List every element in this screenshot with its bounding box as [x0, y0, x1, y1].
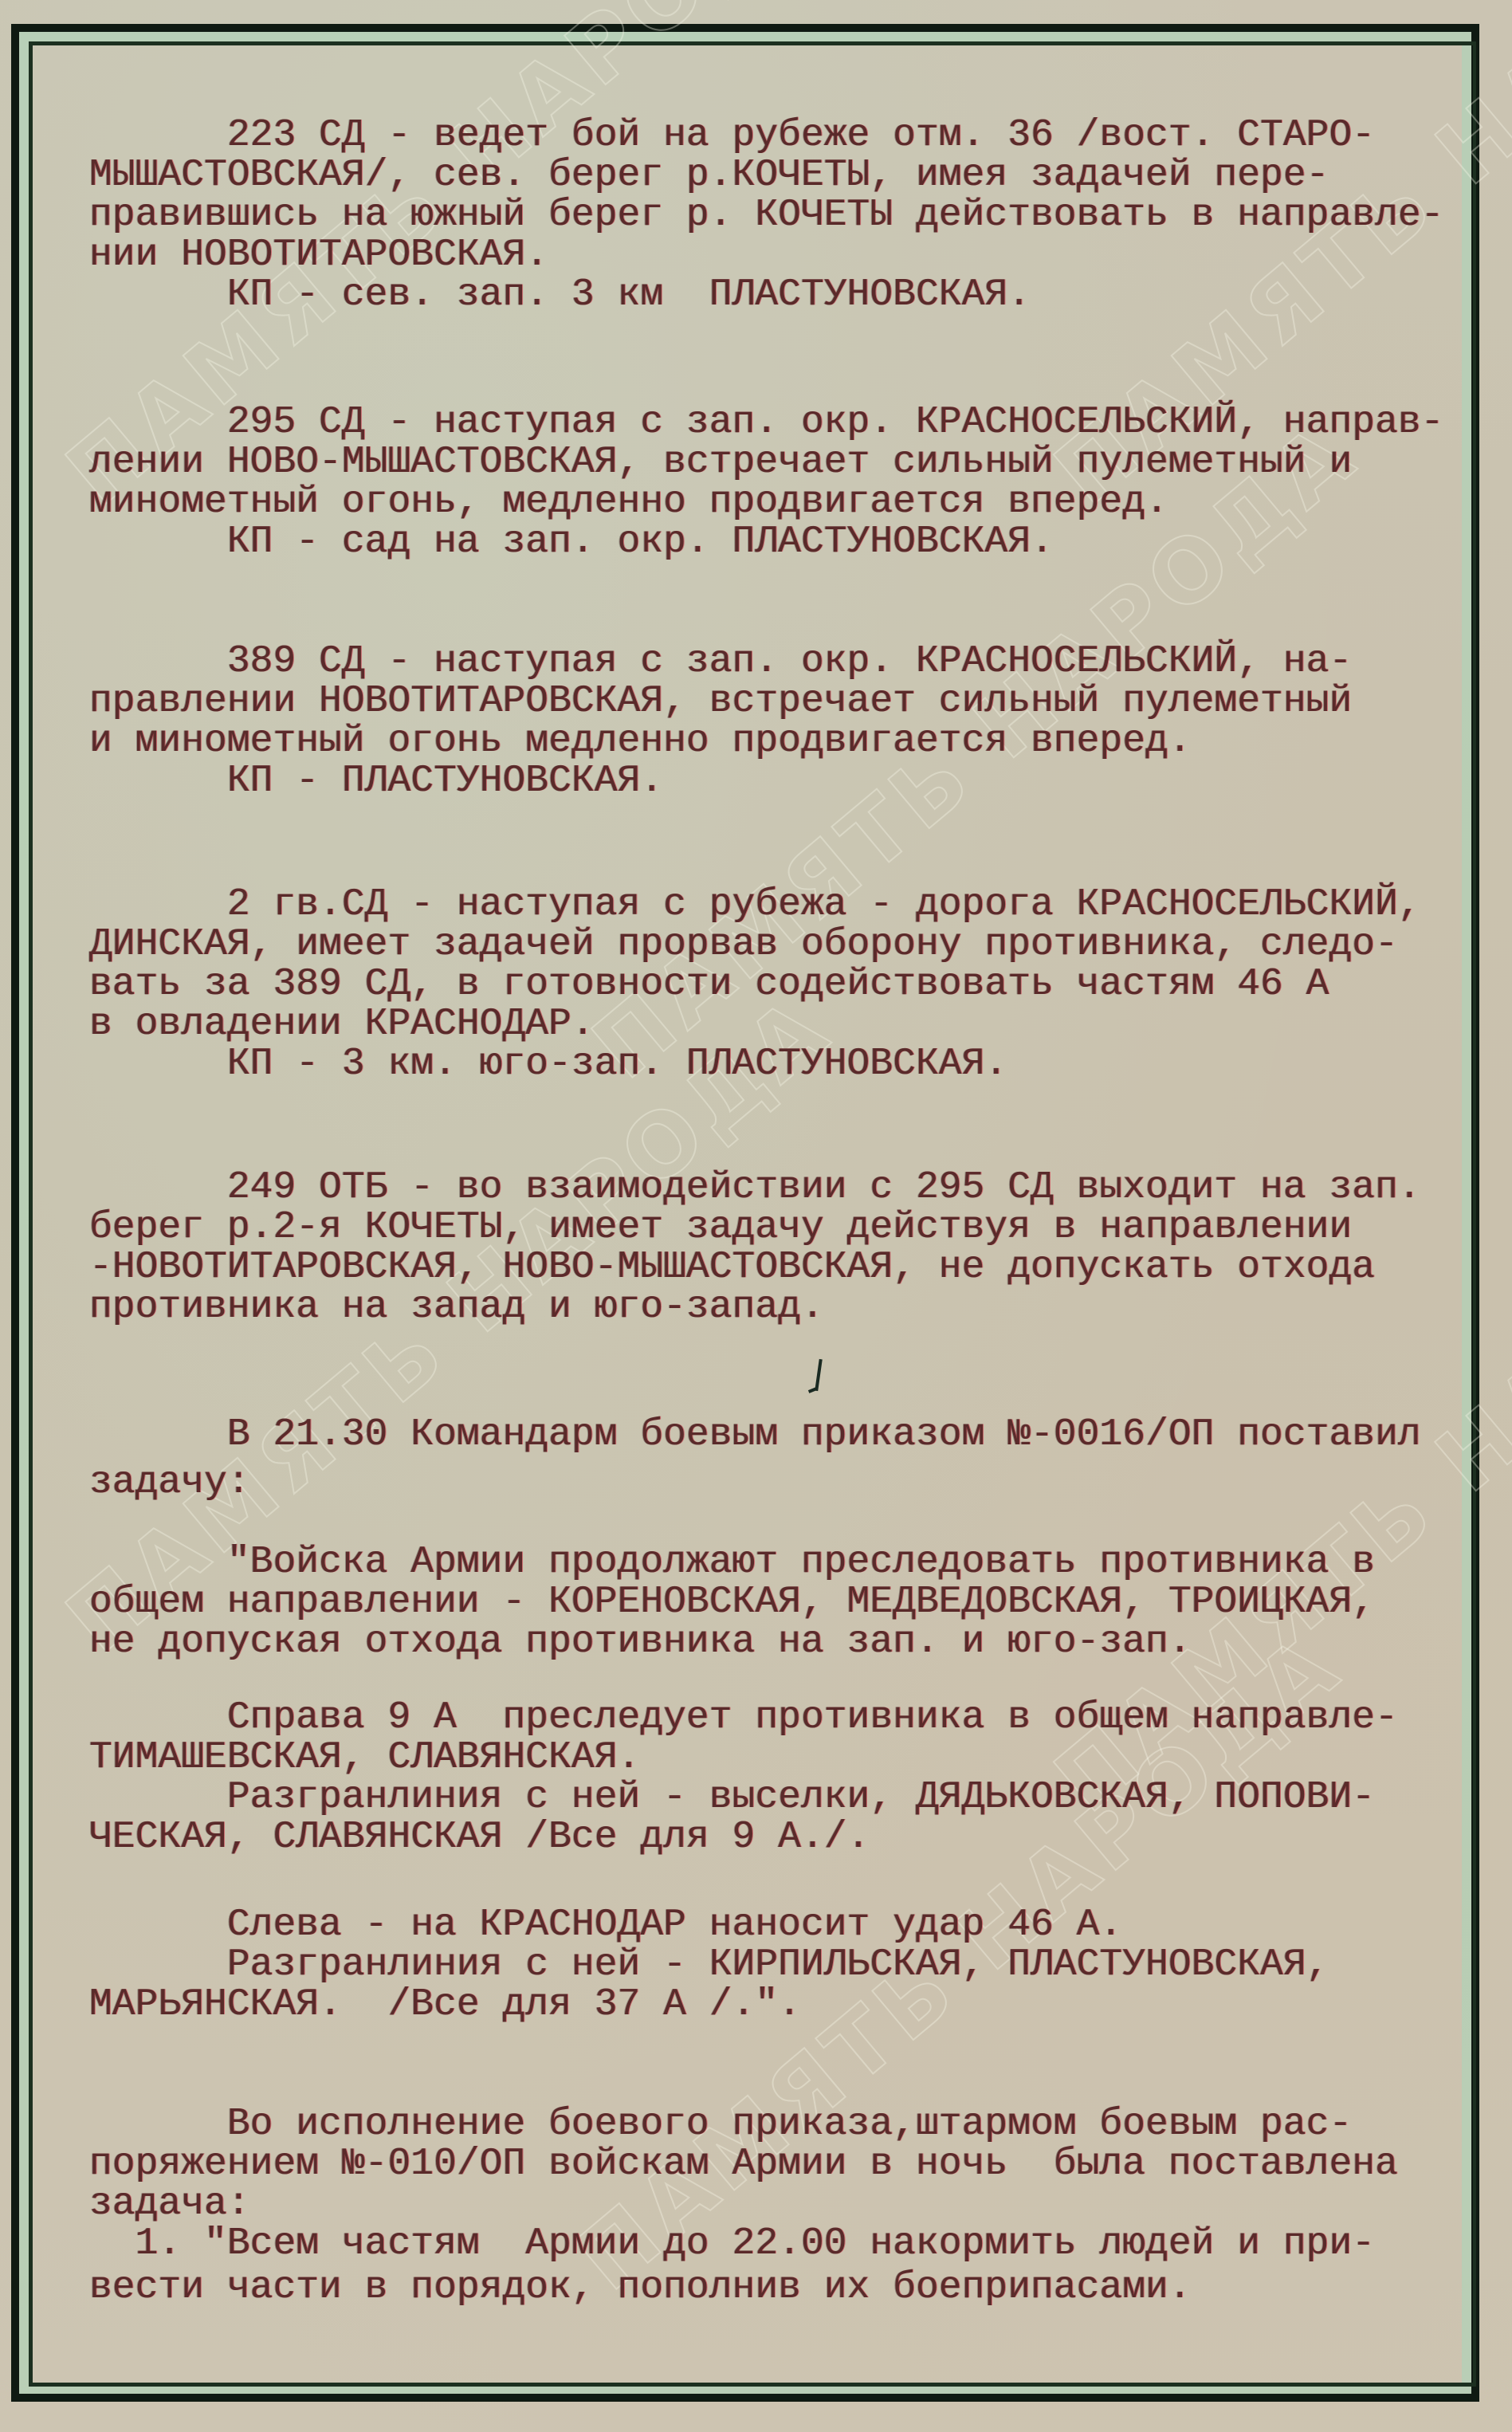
- text-line: общем направлении - КОРЕНОВСКАЯ, МЕДВЕДО…: [89, 1582, 1375, 1622]
- text-line: "Войска Армии продолжают преследовать пр…: [89, 1542, 1375, 1582]
- text-line: 223 СД - ведет бой на рубеже отм. 36 /во…: [89, 116, 1375, 155]
- text-line: 295 СД - наступая с зап. окр. КРАСНОСЕЛЬ…: [89, 403, 1443, 442]
- text-line: -НОВОТИТАРОВСКАЯ, НОВО-МЫШАСТОВСКАЯ, не …: [89, 1247, 1375, 1287]
- text-line: ЧЕСКАЯ, СЛАВЯНСКАЯ /Все для 9 А./.: [89, 1817, 870, 1857]
- text-line: КП - сев. зап. 3 км ПЛАСТУНОВСКАЯ.: [89, 275, 1031, 315]
- text-line: ТИМАШЕВСКАЯ, СЛАВЯНСКАЯ.: [89, 1738, 640, 1778]
- text-line: в овладении КРАСНОДАР.: [89, 1004, 595, 1044]
- text-line: и минометный огонь медленно продвигается…: [89, 721, 1192, 761]
- text-line: Слева - на КРАСНОДАР наносит удар 46 А.: [89, 1905, 1122, 1945]
- text-line: вести части в порядок, пополнив их боепр…: [89, 2268, 1192, 2308]
- text-line: В 21.30 Командарм боевым приказом №-0016…: [89, 1415, 1421, 1455]
- text-line: задачу:: [89, 1463, 250, 1503]
- text-line: МАРЬЯНСКАЯ. /Все для 37 А /.".: [89, 1985, 801, 2025]
- text-line: поряжением №-010/ОП войскам Армии в ночь…: [89, 2144, 1398, 2184]
- text-line: КП - 3 км. юго-зап. ПЛАСТУНОВСКАЯ.: [89, 1044, 1007, 1084]
- text-line: Во исполнение боевого приказа,штармом бо…: [89, 2104, 1352, 2144]
- text-line: лении НОВО-МЫШАСТОВСКАЯ, встречает сильн…: [89, 442, 1352, 482]
- text-line: нии НОВОТИТАРОВСКАЯ.: [89, 235, 548, 275]
- text-line: берег р.2-я КОЧЕТЫ, имеет задачу действу…: [89, 1208, 1352, 1247]
- text-line: КП - сад на зап. окр. ПЛАСТУНОВСКАЯ.: [89, 522, 1054, 562]
- text-line: противника на запад и юго-запад.: [89, 1287, 824, 1327]
- text-line: правлении НОВОТИТАРОВСКАЯ, встречает сил…: [89, 682, 1352, 721]
- text-line: правившись на южный берег р. КОЧЕТЫ дейс…: [89, 195, 1443, 235]
- text-line: Разгранлиния с ней - выселки, ДЯДЬКОВСКА…: [89, 1778, 1375, 1817]
- text-line: ДИНСКАЯ, имеет задачей прорвав оборону п…: [89, 925, 1398, 965]
- text-line: Справа 9 А преследует противника в общем…: [89, 1698, 1398, 1738]
- text-line: вать за 389 СД, в готовности содействова…: [89, 965, 1329, 1004]
- text-line: 249 ОТБ - во взаимодействии с 295 СД вых…: [89, 1168, 1421, 1208]
- text-line: 389 СД - наступая с зап. окр. КРАСНОСЕЛЬ…: [89, 642, 1352, 682]
- text-line: 2 гв.СД - наступая с рубежа - дорога КРА…: [89, 885, 1421, 925]
- text-line: КП - ПЛАСТУНОВСКАЯ.: [89, 761, 663, 801]
- text-line: 1. "Всем частям Армии до 22.00 накормить…: [89, 2224, 1375, 2264]
- text-line: не допуская отхода противника на зап. и …: [89, 1622, 1192, 1662]
- text-line: задача:: [89, 2184, 250, 2224]
- text-line: минометный огонь, медленно продвигается …: [89, 482, 1168, 522]
- text-line: Разгранлиния с ней - КИРПИЛЬСКАЯ, ПЛАСТУ…: [89, 1945, 1329, 1985]
- text-line: МЫШАСТОВСКАЯ/, сев. берег р.КОЧЕТЫ, имея…: [89, 155, 1329, 195]
